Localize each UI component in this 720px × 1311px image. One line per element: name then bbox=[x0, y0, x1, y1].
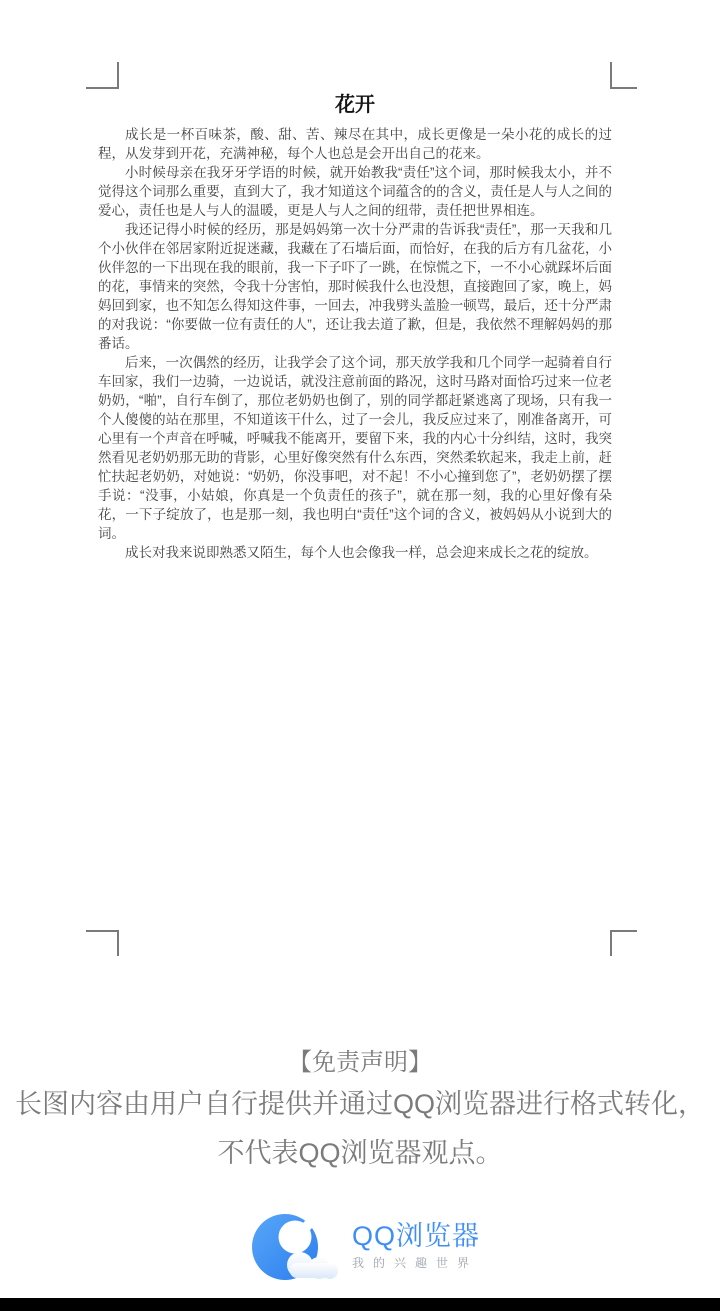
crop-mark-top-left-icon bbox=[86, 62, 119, 89]
brand-name: QQ浏览器 bbox=[352, 1221, 480, 1251]
crop-mark-top-right-icon bbox=[610, 62, 637, 89]
disclaimer-line-2: 不代表QQ浏览器观点。 bbox=[0, 1129, 720, 1178]
brand-tagline: 我的兴趣世界 bbox=[352, 1253, 478, 1273]
essay-paragraph: 成长是一杯百味茶，酸、甜、苦、辣尽在其中，成长更像是一朵小花的成长的过程，从发芽… bbox=[98, 125, 612, 163]
disclaimer-heading: 【免责声明】 bbox=[0, 1046, 720, 1080]
essay-paragraph: 后来，一次偶然的经历，让我学会了这个词，那天放学我和几个同学一起骑着自行车回家，… bbox=[98, 353, 612, 543]
disclaimer-line-1: 长图内容由用户自行提供并通过QQ浏览器进行格式转化， bbox=[0, 1080, 720, 1129]
essay-paragraph: 我还记得小时候的经历，那是妈妈第一次十分严肃的告诉我“责任”，那一天我和几个小伙… bbox=[98, 220, 612, 353]
qq-browser-logo-icon bbox=[252, 1213, 340, 1281]
disclaimer-section: 【免责声明】 长图内容由用户自行提供并通过QQ浏览器进行格式转化， 不代表QQ浏… bbox=[0, 1046, 720, 1178]
crop-mark-bottom-left-icon bbox=[86, 930, 119, 956]
essay-title: 花开 bbox=[98, 92, 612, 118]
document-page: 花开 成长是一杯百味茶，酸、甜、苦、辣尽在其中，成长更像是一朵小花的成长的过程，… bbox=[0, 0, 720, 960]
essay-content: 花开 成长是一杯百味茶，酸、甜、苦、辣尽在其中，成长更像是一朵小花的成长的过程，… bbox=[98, 92, 612, 562]
essay-body: 成长是一杯百味茶，酸、甜、苦、辣尽在其中，成长更像是一朵小花的成长的过程，从发芽… bbox=[98, 125, 612, 562]
essay-paragraph: 成长对我来说即熟悉又陌生，每个人也会像我一样，总会迎来成长之花的绽放。 bbox=[98, 543, 612, 562]
brand-text-block: QQ浏览器 我的兴趣世界 bbox=[352, 1221, 480, 1273]
bottom-black-bar bbox=[0, 1298, 720, 1311]
essay-paragraph: 小时候母亲在我牙牙学语的时候，就开始教我“责任”这个词，那时候我太小，并不觉得这… bbox=[98, 163, 612, 220]
qq-browser-brand-footer: QQ浏览器 我的兴趣世界 bbox=[6, 1212, 720, 1282]
crop-mark-bottom-right-icon bbox=[610, 930, 637, 956]
